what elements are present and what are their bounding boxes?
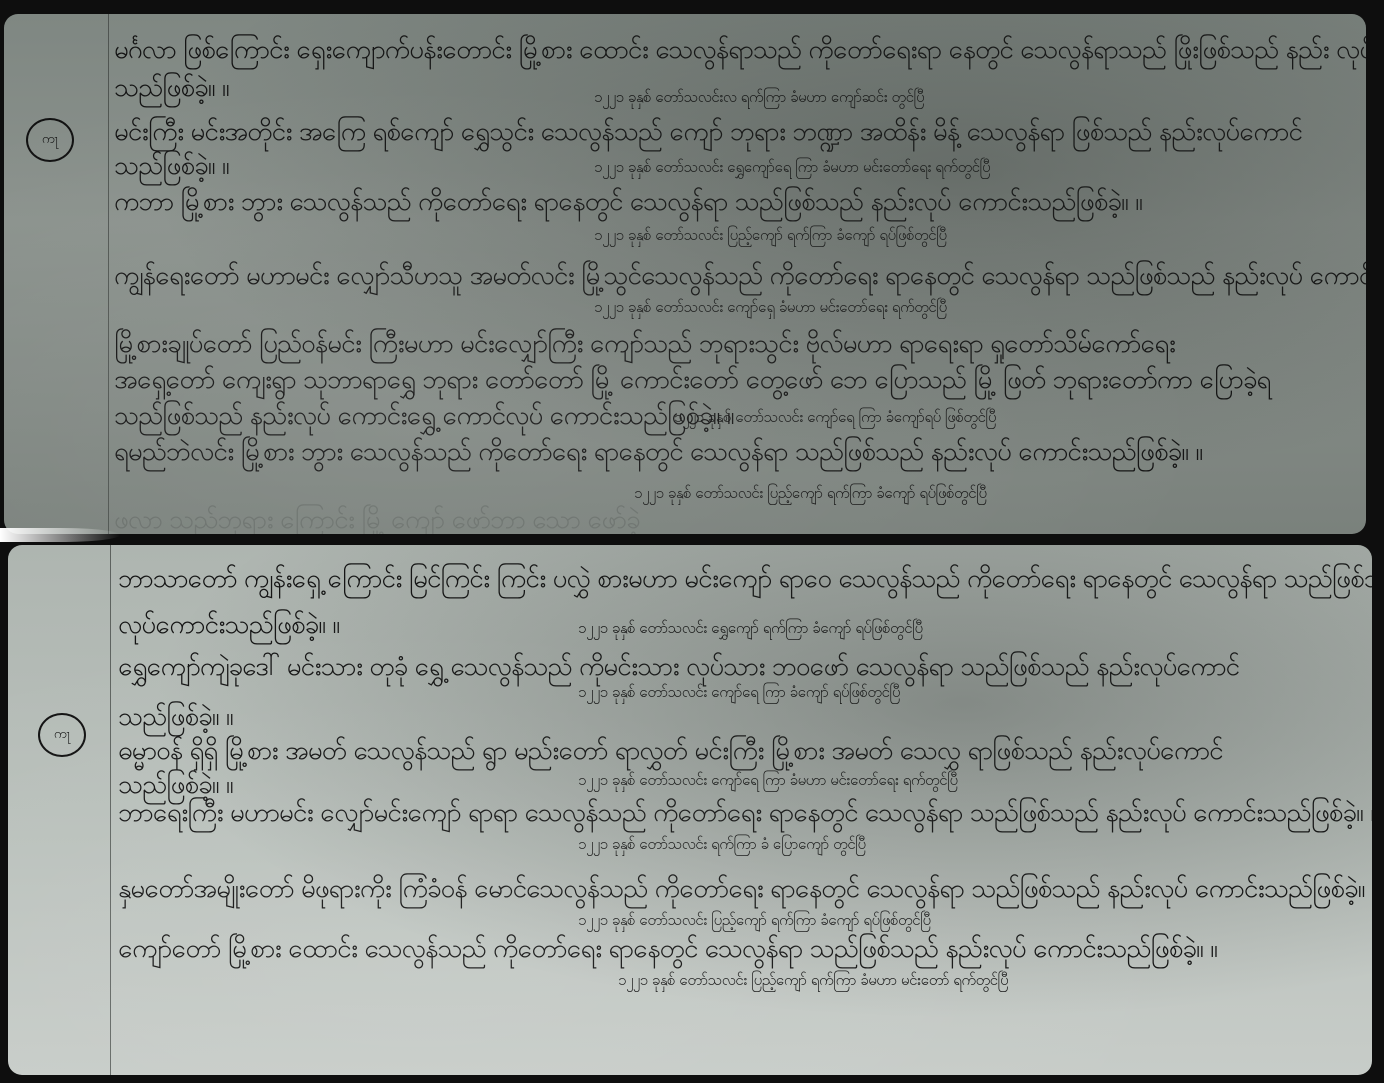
text-line: သည်ဖြစ်သည် နည်းလုပ် ကောင်းရွှေ့ ကောင်လုပ… <box>114 398 734 437</box>
manuscript-leaf-upper: ကႃ မင်္ဂလာ ဖြစ်ကြောင်း ရှေးကျောက်ပန်းတော… <box>4 14 1366 534</box>
text-line: မင်းကြီး မင်းအတိုင်း အကြေ ရစ်ကျော် ရွှေသ… <box>114 114 1302 153</box>
interlinear-note: ၁၂၂၁ ခုနှစ် တော်သလင်း ရက်ကြာ ခံ ပြောကျော… <box>578 835 866 857</box>
manuscript-leaf-lower: ကႃ ဘာသာတော် ကျွန်းရှေ့ ကြောင်း မြင်ကြင်း… <box>8 545 1372 1075</box>
text-line: ရမည်ဘဲလင်း မြို့စား ဘွား သေလွန်သည် ကိုတေ… <box>114 434 1202 473</box>
text-line: အရှေ့တော် ကျေးရွာ သုဘာရာရွှေ ဘုရား တော်တ… <box>114 362 1270 401</box>
interlinear-note: ၁၂၂၁ ခုနှစ် တော်သလင်း ရွှေကျော် ရက်ကြာ ခ… <box>578 619 923 641</box>
interlinear-note: ၁၂၂၁ ခုနှစ် တော်သလင်း ပြည့်ကျော် ရက်ကြာ … <box>594 226 947 248</box>
interlinear-note: ၁၂၂၁ ခုနှစ် တော်သလင်း ပြည့်ကျော် ရက်ကြာ … <box>578 911 931 933</box>
text-line: ဘာရေးကြီး မဟာမင်း လျှော်မင်းကျော် ရာရာ သ… <box>118 795 1372 834</box>
interlinear-note: ၁၂၂၁ ခုနှစ် တော်သလင်း ပြည့်ကျော် ရက်ကြာ … <box>634 484 987 506</box>
text-line: ဓမ္မာဝန် ရှိရှိ မြို့စား အမတ် သေလွန်သည် … <box>118 733 1223 772</box>
interlinear-note: ၁၂၂၁ ခုနှစ် တော်သလင်း ကျော်ရေ ကြာ ခံကျော… <box>578 683 900 705</box>
folio-number-circle: ကႃ <box>26 118 74 162</box>
text-line: မြို့စားချုပ်တော် ပြည်ဝန်မင်း ကြီးမဟာ မင… <box>114 326 1175 365</box>
interlinear-note: ၁၂၂၁ ခုနှစ် တော်သလင်းလ ရက်ကြာ ခံမဟာ ကျော… <box>594 88 924 110</box>
folio-number-circle: ကႃ <box>38 713 86 757</box>
text-line: လုပ်ကောင်းသည်ဖြစ်ခဲ့။ ။ <box>118 607 339 646</box>
text-line: ကဘာ မြို့စား ဘွား သေလွန်သည် ကိုတော်ရေး ရ… <box>114 184 1142 223</box>
interlinear-note: ၁၂၂၁ ခုနှစ် တော်သလင်း ကျော်ရေ ကြာ ခံမဟာ … <box>578 771 958 793</box>
margin-rule <box>108 14 109 534</box>
text-line: ဖလာ သည်ဘုရား ကြောင်း မြို့ ကျော် ဖော်ဘာ … <box>114 502 640 534</box>
text-line: နှမတော်အမျိုးတော် မိဖုရားကိုး ကြံခံဝန် မ… <box>118 871 1372 910</box>
interlinear-note: ၁၂၂၁ ခုနှစ် တော်သလင်း ကျော်ရေ ကြာ ခံကျော… <box>674 408 996 430</box>
text-line: ကျွန်ရေးတော် မဟာမင်း လျှော်သီဟသူ အမတ်လင်… <box>114 258 1366 297</box>
interlinear-note: ၁၂၂၁ ခုနှစ် တော်သလင်း ကျော်ရှေ ခံမဟာ မင်… <box>594 298 947 320</box>
text-line: သည်ဖြစ်ခဲ့။ ။ <box>114 70 229 109</box>
margin-rule <box>110 545 111 1075</box>
text-line: သည်ဖြစ်ခဲ့။ ။ <box>114 148 229 187</box>
interlinear-note: ၁၂၂၁ ခုနှစ် တော်သလင်း ရွှေကျော်ရေ ကြာ ခံ… <box>594 158 990 180</box>
text-line: ဘာသာတော် ကျွန်းရှေ့ ကြောင်း မြင်ကြင်း ကြ… <box>118 561 1372 600</box>
light-glare <box>0 528 120 542</box>
interlinear-note: ၁၂၂၁ ခုနှစ် တော်သလင်း ပြည့်ကျော် ရက်ကြာ … <box>618 971 1008 993</box>
text-line: မင်္ဂလာ ဖြစ်ကြောင်း ရှေးကျောက်ပန်းတောင်း… <box>114 32 1366 71</box>
text-line: ကျော်တော် မြို့စား ထောင်း သေလွန်သည် ကိုတ… <box>118 931 1217 970</box>
